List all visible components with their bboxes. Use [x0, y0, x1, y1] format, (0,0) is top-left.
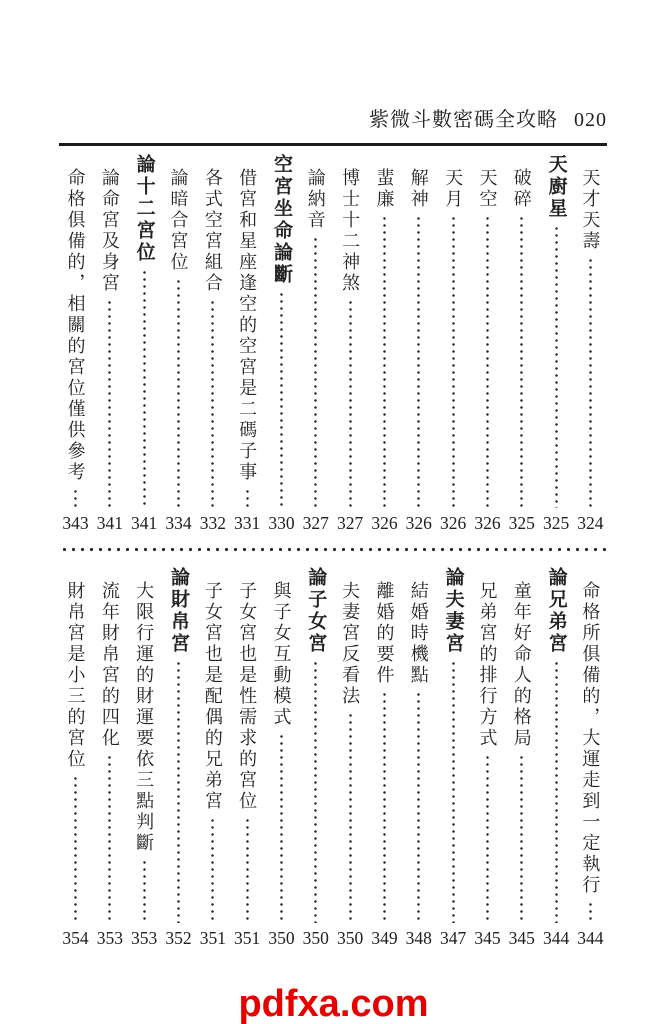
toc-entry-title: 兄弟宮的排行方式: [478, 567, 496, 749]
book-toc-page: 紫微斗數密碼全攻略 020 天才天壽 324 天廚星 325 破碎 325 天空…: [0, 0, 667, 1024]
toc-entry-title: 大限行運的財運要依三點判斷: [135, 567, 153, 854]
toc-entry-title: 夫妻宮反看法: [341, 567, 359, 707]
toc-entry-title: 離婚的要件: [375, 567, 393, 686]
toc-entry: 命格所俱備的，大運走到一定執行 344: [574, 567, 607, 950]
toc-entry: 論夫妻宮 347: [437, 567, 470, 950]
toc-entry-title: 天月: [444, 154, 462, 210]
toc-entry-page-number: 325: [509, 512, 535, 535]
dotted-leader: [555, 660, 558, 923]
toc-entry: 夫妻宮反看法 350: [334, 567, 367, 950]
toc-entry-title: 天才天壽: [581, 154, 599, 252]
toc-entry-page-number: 326: [474, 512, 500, 535]
toc-entry-title: 天空: [478, 154, 496, 210]
dotted-leader: [589, 257, 592, 508]
toc-entry: 博士十二神煞 327: [334, 154, 367, 535]
toc-entry-page-number: 353: [131, 927, 157, 950]
toc-entry: 財帛宮是小三的宮位 354: [59, 567, 92, 950]
dotted-leader: [417, 691, 420, 923]
toc-entry-page-number: 327: [337, 512, 363, 535]
toc-entry: 破碎 325: [505, 154, 538, 535]
toc-entry-page-number: 350: [337, 927, 363, 950]
dotted-leader: [314, 660, 317, 923]
dotted-leader: [143, 859, 146, 923]
toc-entry-title: 命格所俱備的，大運走到一定執行: [581, 567, 599, 896]
toc-entry-page-number: 326: [440, 512, 466, 535]
toc-entry-title: 空宮坐命論斷: [272, 154, 291, 286]
toc-section-bottom: 命格所俱備的，大運走到一定執行 344 論兄弟宮 344 童年好命人的格局 34…: [59, 567, 607, 950]
toc-entry-page-number: 332: [200, 512, 226, 535]
dotted-leader: [383, 215, 386, 508]
toc-entry-title: 與子女互動模式: [272, 567, 290, 728]
header-rule: [59, 143, 607, 146]
toc-entry-title: 破碎: [513, 154, 531, 210]
toc-entry: 命格俱備的，相關的宮位僅供參考 343: [59, 154, 92, 535]
dotted-leader: [486, 754, 489, 923]
toc-entry: 論兄弟宮 344: [540, 567, 573, 950]
toc-entry-title: 論財帛宮: [169, 567, 188, 655]
toc-entry: 蜚廉 326: [368, 154, 401, 535]
toc-entry-title: 論子女宮: [306, 567, 325, 655]
toc-entry-page-number: 345: [474, 927, 500, 950]
dotted-leader: [589, 901, 592, 923]
dotted-leader: [211, 299, 214, 508]
toc-entry: 論財帛宮 352: [162, 567, 195, 950]
dotted-leader: [74, 775, 77, 923]
toc-entry-page-number: 326: [371, 512, 397, 535]
toc-section-top: 天才天壽 324 天廚星 325 破碎 325 天空 326 天月 326 解神…: [59, 154, 607, 535]
toc-entry-title: 論兄弟宮: [547, 567, 566, 655]
toc-entry: 論暗合宮位 334: [162, 154, 195, 535]
toc-entry-title: 結婚時機點: [410, 567, 428, 686]
toc-entry-title: 博士十二神煞: [341, 154, 359, 294]
toc-entry: 論十二宮位 341: [128, 154, 161, 535]
header-page-number: 020: [574, 109, 607, 132]
dotted-leader: [349, 299, 352, 508]
toc-entry-title: 流年財帛宮的四化: [101, 567, 119, 749]
dotted-leader: [452, 215, 455, 508]
toc-entry-title: 論暗合宮位: [169, 154, 187, 273]
toc-entry-title: 借宮和星座逢空的空宮是二碼子事: [238, 154, 256, 483]
toc-entry: 各式空宮組合 332: [196, 154, 229, 535]
toc-entry: 結婚時機點 348: [402, 567, 435, 950]
toc-entry-page-number: 347: [440, 927, 466, 950]
toc-entry: 天廚星 325: [540, 154, 573, 535]
toc-entry-title: 子女宮也是性需求的宮位: [238, 567, 256, 812]
dotted-leader: [74, 488, 77, 508]
toc-entry-page-number: 354: [62, 927, 88, 950]
toc-entry: 天空 326: [471, 154, 504, 535]
toc-entry-page-number: 331: [234, 512, 260, 535]
dotted-leader: [177, 278, 180, 508]
toc-entry-page-number: 341: [131, 512, 157, 535]
toc-entry: 借宮和星座逢空的空宮是二碼子事 331: [231, 154, 264, 535]
toc-entry-page-number: 344: [543, 927, 569, 950]
dotted-leader: [555, 225, 558, 508]
toc-entry-page-number: 341: [97, 512, 123, 535]
dotted-leader: [520, 215, 523, 508]
dotted-leader: [417, 215, 420, 508]
dotted-leader: [177, 660, 180, 923]
toc-entry-title: 蜚廉: [375, 154, 393, 210]
toc-entry-page-number: 352: [165, 927, 191, 950]
toc-entry: 天月 326: [437, 154, 470, 535]
toc-entry: 離婚的要件 349: [368, 567, 401, 950]
toc-entry-page-number: 325: [543, 512, 569, 535]
dotted-leader: [314, 236, 317, 508]
toc-entry: 天才天壽 324: [574, 154, 607, 535]
toc-entry-page-number: 353: [97, 927, 123, 950]
toc-entry: 兄弟宮的排行方式 345: [471, 567, 504, 950]
toc-entry-title: 論命宮及身宮: [101, 154, 119, 294]
dotted-leader: [349, 712, 352, 923]
toc-entry-page-number: 334: [165, 512, 191, 535]
toc-entry: 流年財帛宮的四化 353: [93, 567, 126, 950]
toc-entry-title: 子女宮也是配偶的兄弟宮: [204, 567, 222, 812]
toc-entry: 論命宮及身宮 341: [93, 154, 126, 535]
toc-entry-page-number: 351: [200, 927, 226, 950]
toc-entry: 子女宮也是配偶的兄弟宮 351: [196, 567, 229, 950]
toc-entry-page-number: 350: [303, 927, 329, 950]
toc-entry-title: 論夫妻宮: [444, 567, 463, 655]
toc-entry-title: 命格俱備的，相關的宮位僅供參考: [67, 154, 85, 483]
toc-entry-title: 童年好命人的格局: [513, 567, 531, 749]
page-header: 紫微斗數密碼全攻略 020: [59, 0, 607, 132]
dotted-leader: [108, 754, 111, 923]
toc-entry-title: 天廚星: [547, 154, 566, 220]
toc-entry-page-number: 348: [406, 927, 432, 950]
dotted-leader: [383, 691, 386, 923]
toc-entry: 論納音 327: [299, 154, 332, 535]
toc-entry-page-number: 343: [62, 512, 88, 535]
dotted-leader: [520, 754, 523, 923]
toc-entry: 大限行運的財運要依三點判斷 353: [128, 567, 161, 950]
toc-entry-title: 解神: [410, 154, 428, 210]
toc-entry-page-number: 351: [234, 927, 260, 950]
toc-entry-page-number: 327: [303, 512, 329, 535]
dotted-leader: [108, 299, 111, 508]
toc-entry: 童年好命人的格局 345: [505, 567, 538, 950]
toc-entry: 與子女互動模式 350: [265, 567, 298, 950]
dotted-leader: [452, 660, 455, 923]
dotted-leader: [280, 733, 283, 923]
dotted-leader: [246, 817, 249, 923]
toc-entry-page-number: 324: [577, 512, 603, 535]
section-divider: [60, 547, 606, 552]
toc-entry-page-number: 349: [371, 927, 397, 950]
toc-entry-page-number: 344: [577, 927, 603, 950]
toc-entry-page-number: 330: [268, 512, 294, 535]
toc-entry: 論子女宮 350: [299, 567, 332, 950]
toc-entry-title: 論十二宮位: [135, 154, 154, 264]
book-title: 紫微斗數密碼全攻略: [369, 103, 558, 132]
toc-entry: 解神 326: [402, 154, 435, 535]
dotted-leader: [280, 291, 283, 508]
dotted-leader: [143, 269, 146, 508]
watermark: pdfxa.com: [0, 983, 667, 1024]
toc-entry-page-number: 350: [268, 927, 294, 950]
dotted-leader: [211, 817, 214, 923]
toc-entry-page-number: 345: [509, 927, 535, 950]
toc-entry: 空宮坐命論斷 330: [265, 154, 298, 535]
dotted-leader: [486, 215, 489, 508]
toc-entry: 子女宮也是性需求的宮位 351: [231, 567, 264, 950]
toc-entry-title: 財帛宮是小三的宮位: [67, 567, 85, 770]
toc-entry-page-number: 326: [406, 512, 432, 535]
toc-entry-title: 論納音: [307, 154, 325, 231]
dotted-leader: [246, 488, 249, 508]
toc-entry-title: 各式空宮組合: [204, 154, 222, 294]
